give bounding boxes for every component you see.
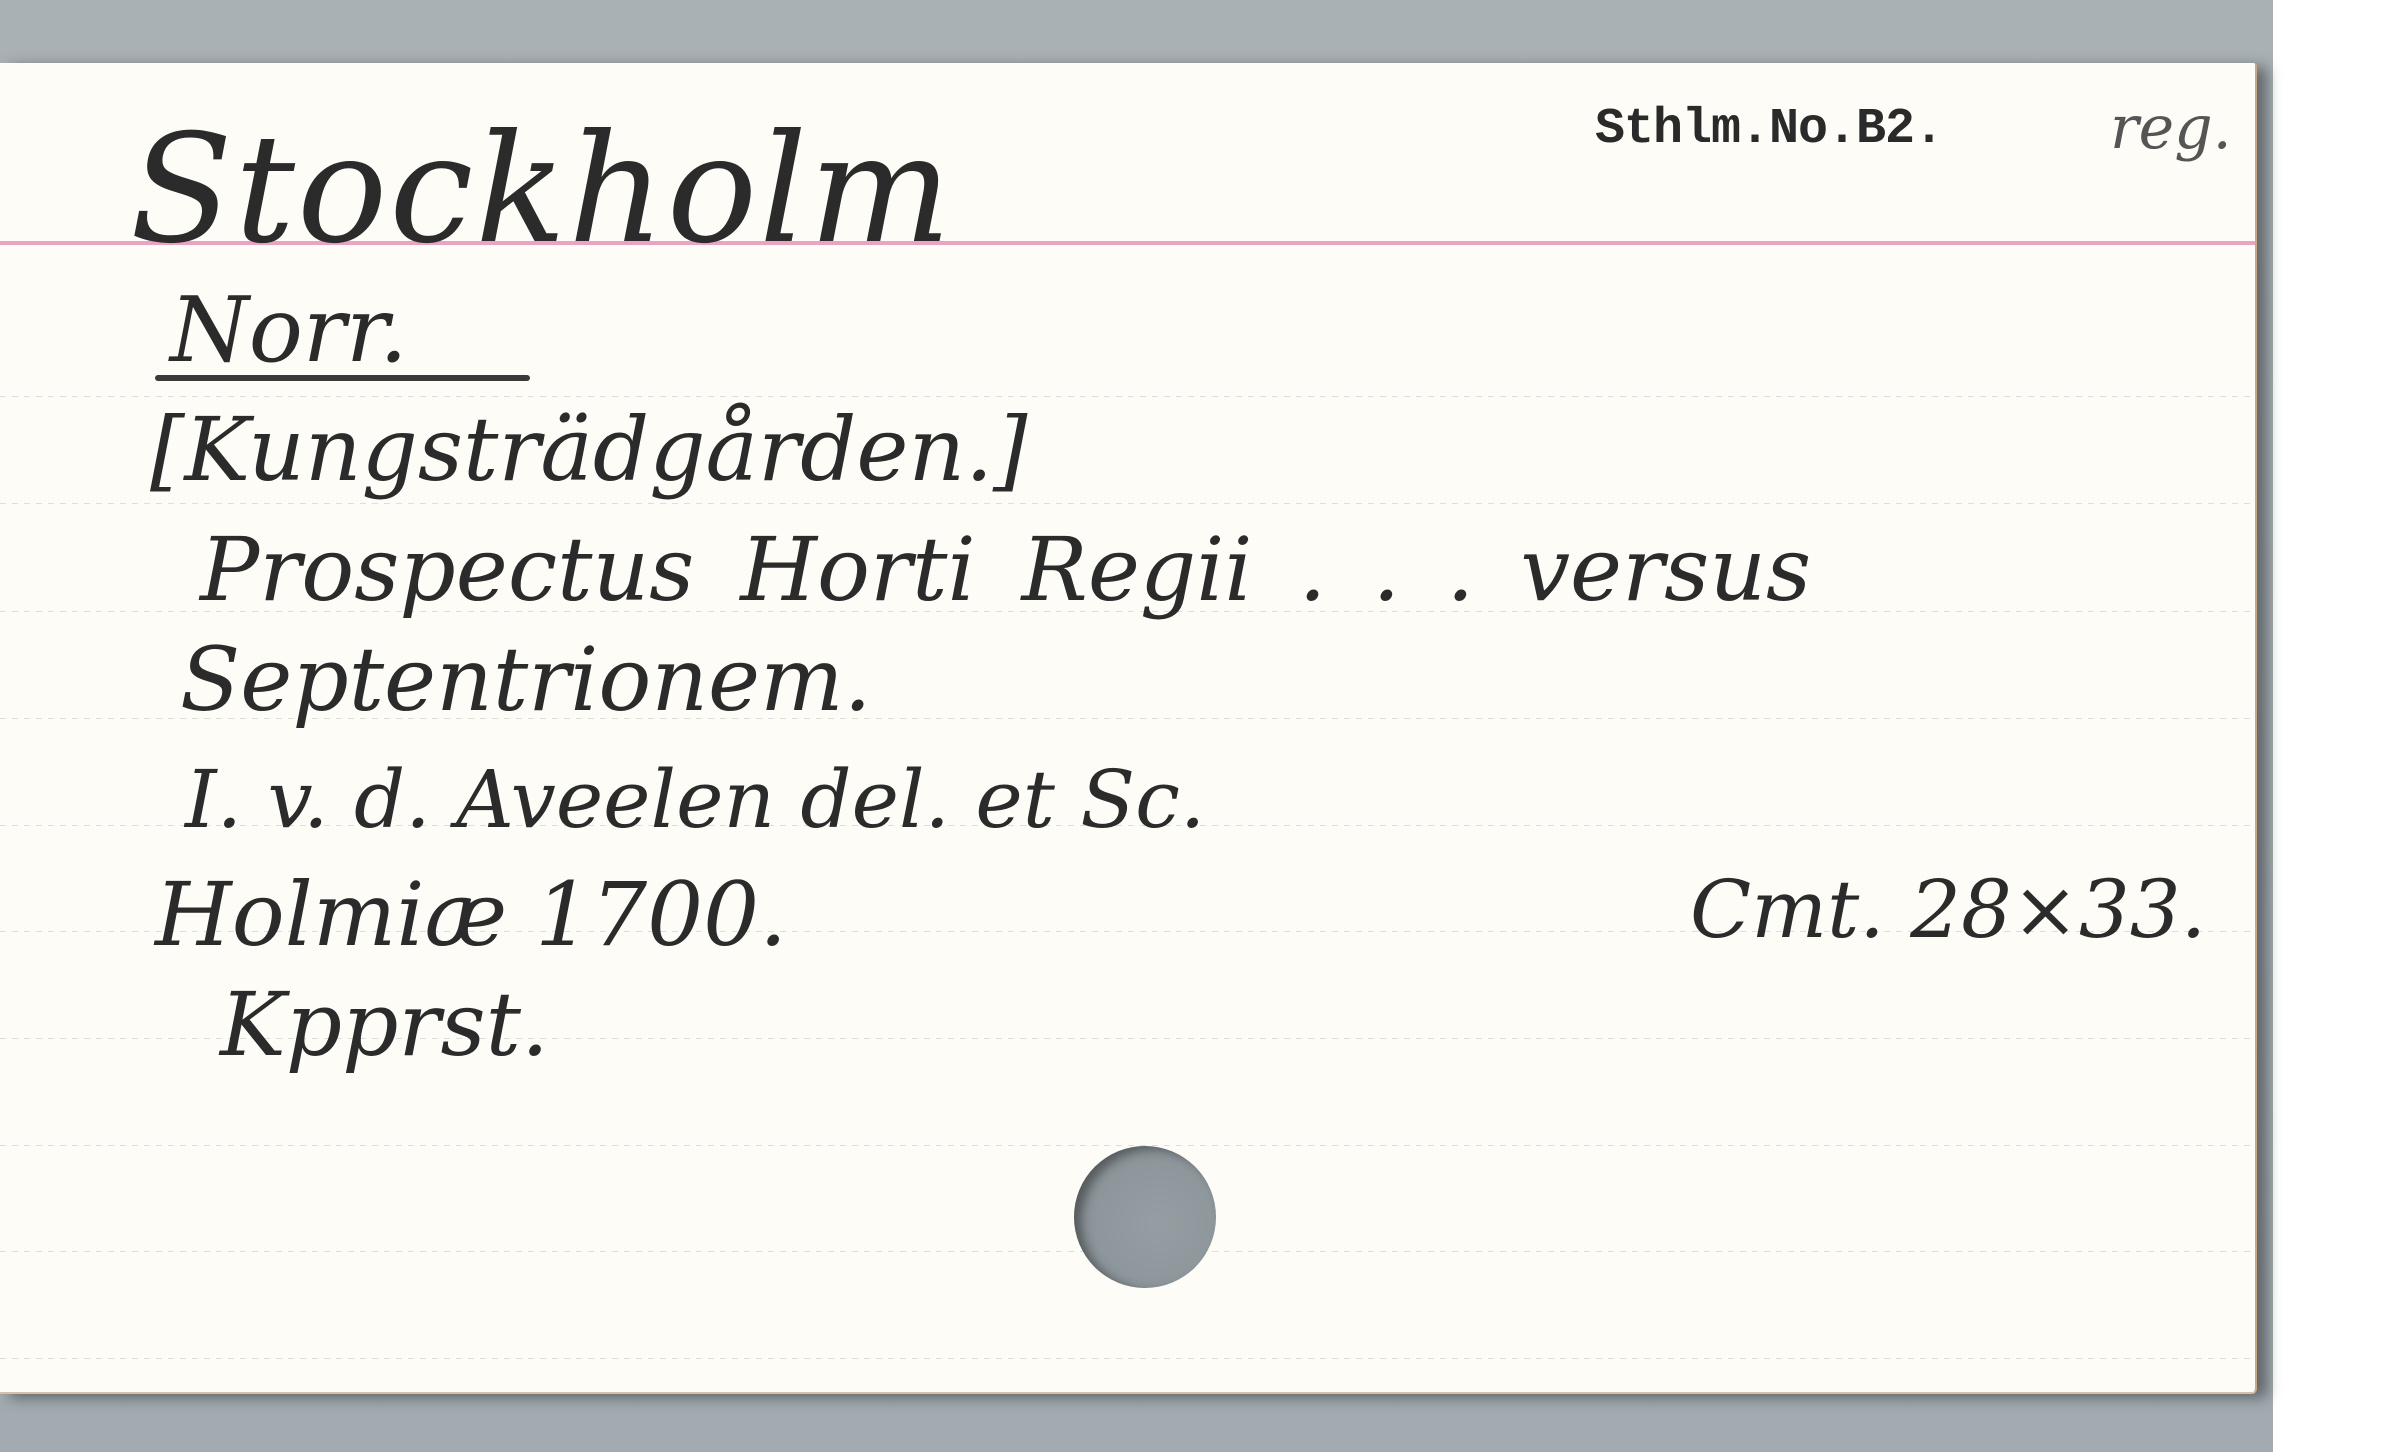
ruled-line [0, 396, 2255, 397]
title-line-1: Prospectus Horti Regii . . . versus [200, 518, 1811, 621]
title-line-2: Septentrionem. [180, 628, 872, 731]
artist-credit: I. v. d. Aveelen del. et Sc. [185, 753, 1205, 846]
district-underline [155, 375, 530, 381]
registered-annotation: reg. [2110, 93, 2232, 163]
place-name: [Kungsträdgården.] [150, 398, 1027, 501]
dimensions: Cmt. 28×33. [1690, 863, 2206, 956]
technique: Kpprst. [220, 973, 549, 1076]
punch-hole [1074, 1146, 1216, 1288]
ruled-line [0, 503, 2255, 504]
ruled-line [0, 1145, 2255, 1146]
card-heading: Stockholm [130, 103, 953, 277]
ruled-line [0, 1358, 2255, 1359]
district-label: Norr. [170, 278, 408, 383]
catalog-card: Sthlm.No.B2. reg. Stockholm Norr. [Kungs… [0, 63, 2257, 1394]
imprint: Holmiæ 1700. [155, 863, 787, 966]
call-number: Sthlm.No.B2. [1595, 101, 1943, 158]
